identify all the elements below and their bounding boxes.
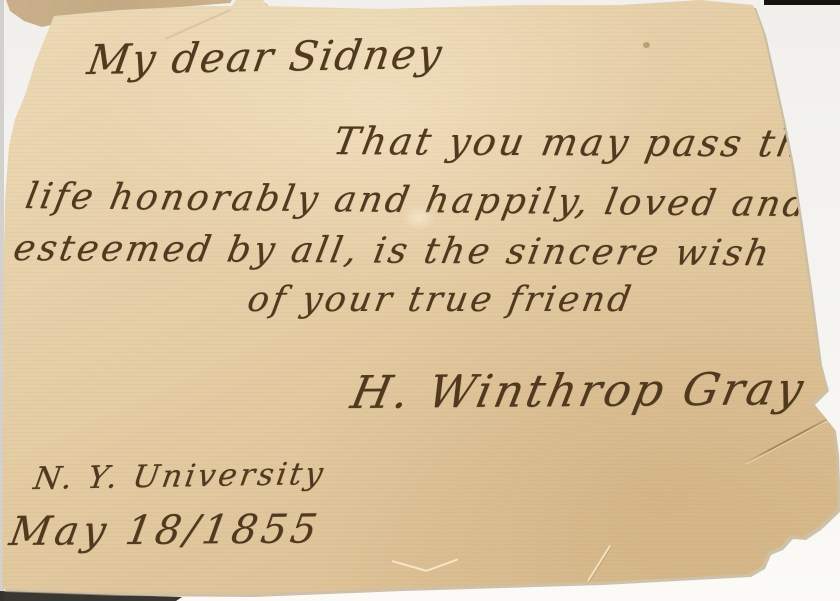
body-line-3: esteemed by all, is the sincere wish	[10, 228, 775, 274]
paper-scuff-mark	[402, 205, 436, 231]
signature-line: H. Winthrop Gray	[347, 362, 811, 419]
paper-crease-bottom-a	[392, 560, 427, 572]
institution-line: N. Y. University	[31, 456, 328, 497]
paper-tear-crease-right	[745, 417, 831, 464]
paper-crease-bottom-right	[587, 545, 611, 582]
scanned-letter-page: My dear Sidney That you may pass thro li…	[0, 0, 840, 601]
ink-stain-spot	[643, 42, 650, 48]
scan-edge-strip-top-right	[764, 0, 840, 5]
date-line: May 18/1855	[6, 506, 324, 555]
salutation-line: My dear Sidney	[84, 30, 447, 84]
body-line-1: That you may pass thro	[330, 119, 840, 166]
body-line-4: of your true friend	[244, 280, 636, 320]
paper-crease-bottom-b	[426, 558, 459, 572]
letter-paper: My dear Sidney That you may pass thro li…	[0, 0, 840, 601]
